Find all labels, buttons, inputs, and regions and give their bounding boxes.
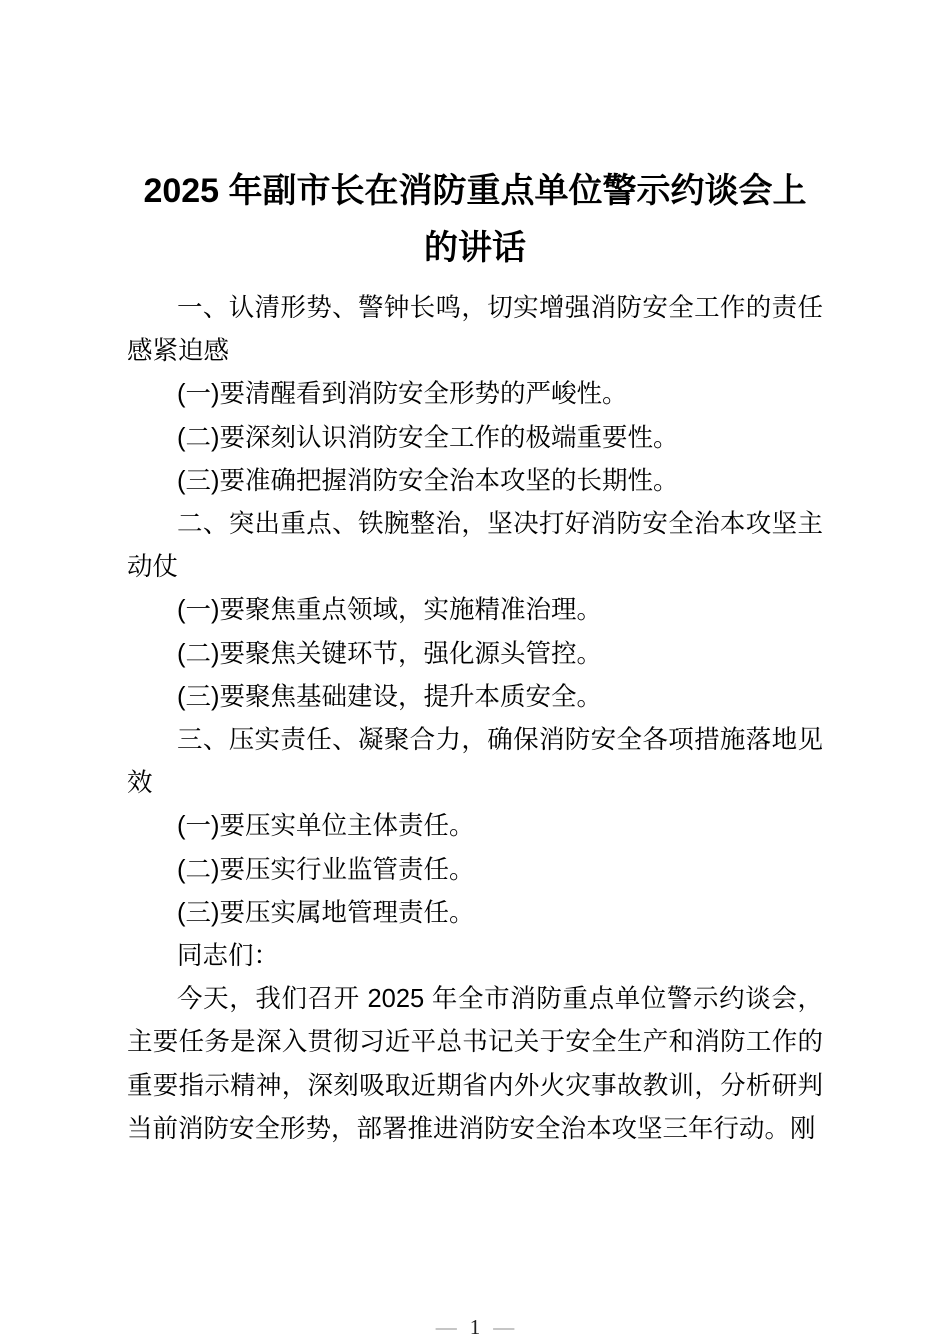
- page-number: 1: [470, 1315, 481, 1339]
- section-heading: 一、认清形势、警钟长鸣，切实增强消防安全工作的责任感紧迫感: [127, 287, 823, 373]
- page-footer: —1—: [0, 1315, 950, 1340]
- section-heading: 三、压实责任、凝聚合力，确保消防安全各项措施落地见效: [127, 719, 823, 805]
- paragraph: (二)要压实行业监管责任。: [127, 849, 823, 892]
- document-page: 2025 年副市长在消防重点单位警示约谈会上的讲话 一、认清形势、警钟长鸣，切实…: [0, 0, 950, 1344]
- paragraph: 同志们：: [127, 935, 823, 978]
- paragraph: 今天，我们召开 2025 年全市消防重点单位警示约谈会，主要任务是深入贯彻习近平…: [127, 978, 823, 1151]
- document-body: 一、认清形势、警钟长鸣，切实增强消防安全工作的责任感紧迫感(一)要清醒看到消防安…: [127, 287, 823, 1151]
- page-number-left-dash: —: [436, 1315, 457, 1339]
- page-number-right-dash: —: [493, 1315, 514, 1339]
- paragraph: (三)要准确把握消防安全治本攻坚的长期性。: [127, 460, 823, 503]
- paragraph: (一)要压实单位主体责任。: [127, 805, 823, 848]
- document-content: 2025 年副市长在消防重点单位警示约谈会上的讲话 一、认清形势、警钟长鸣，切实…: [127, 163, 823, 1151]
- paragraph: (一)要清醒看到消防安全形势的严峻性。: [127, 373, 823, 416]
- paragraph: (一)要聚焦重点领域，实施精准治理。: [127, 589, 823, 632]
- paragraph: (二)要聚焦关键环节，强化源头管控。: [127, 633, 823, 676]
- document-title: 2025 年副市长在消防重点单位警示约谈会上的讲话: [127, 163, 823, 277]
- paragraph: (二)要深刻认识消防安全工作的极端重要性。: [127, 417, 823, 460]
- paragraph: (三)要聚焦基础建设，提升本质安全。: [127, 676, 823, 719]
- paragraph: (三)要压实属地管理责任。: [127, 892, 823, 935]
- section-heading: 二、突出重点、铁腕整治，坚决打好消防安全治本攻坚主动仗: [127, 503, 823, 589]
